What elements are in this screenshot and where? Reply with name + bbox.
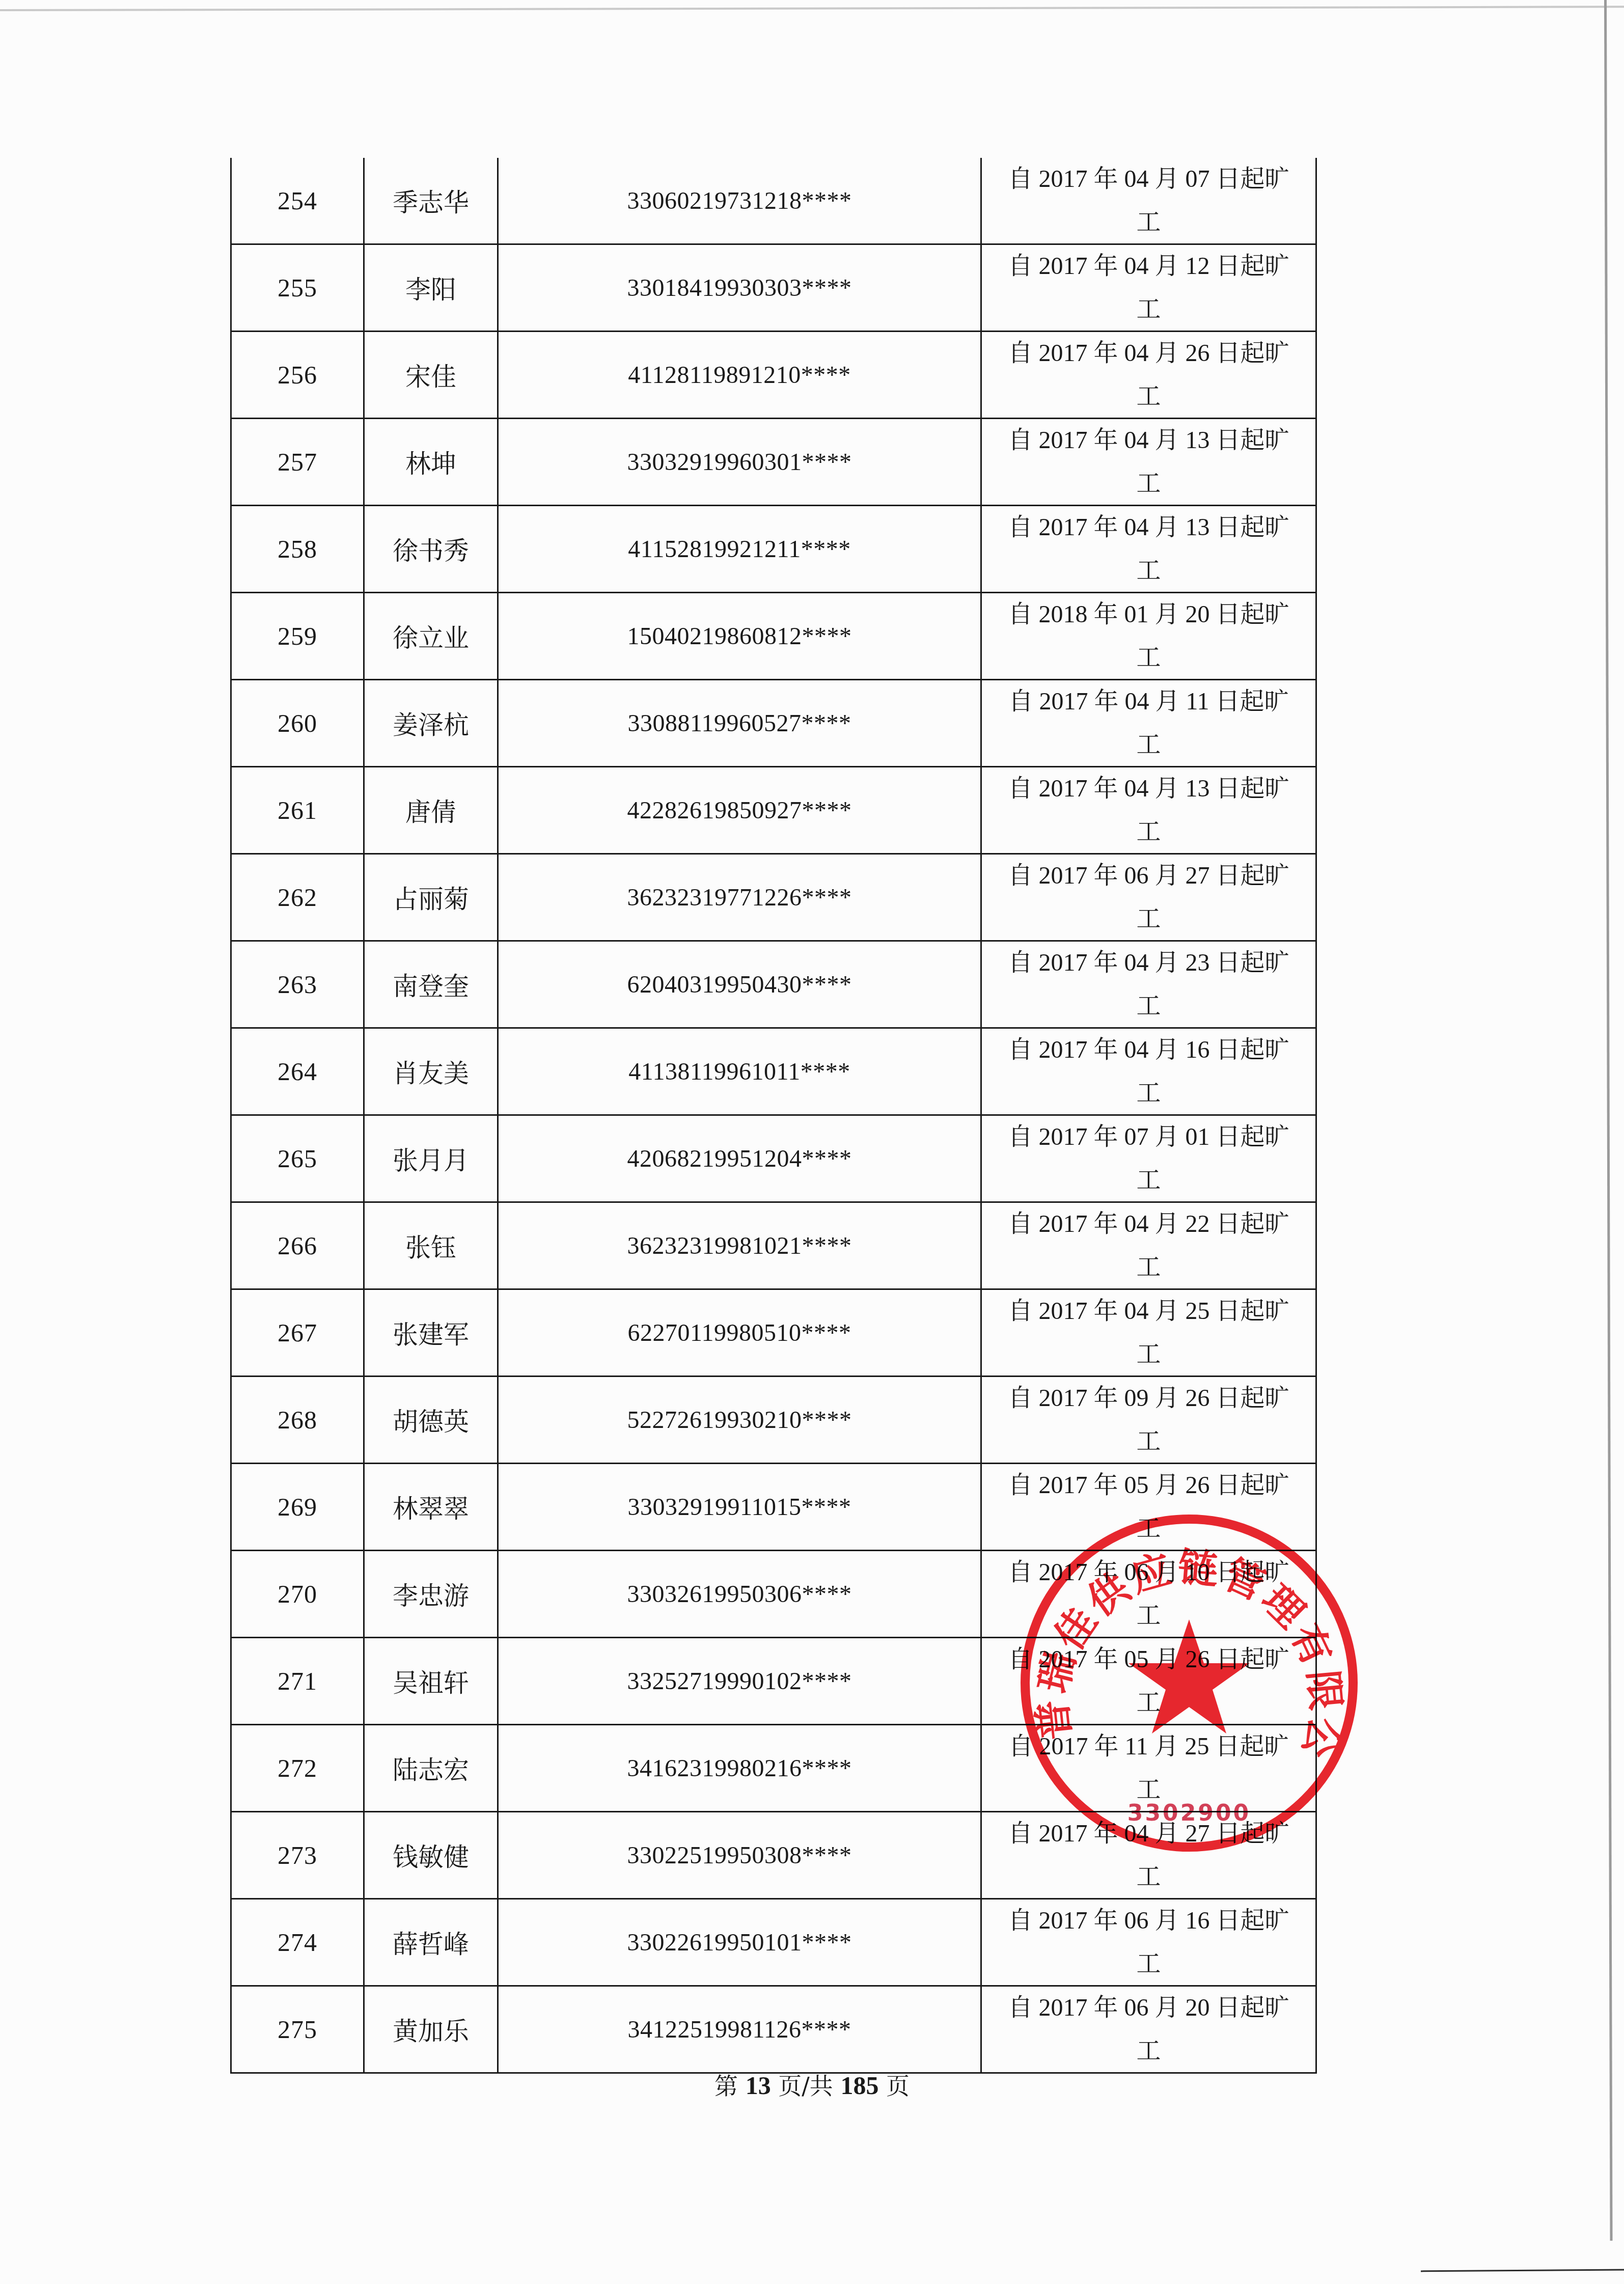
employee-name: 张建军 — [364, 1289, 498, 1377]
row-number: 274 — [231, 1899, 364, 1986]
id-number: 41128119891210**** — [498, 332, 981, 419]
table-row: 254 季志华 33060219731218**** 自 2017 年 04 月… — [231, 158, 1316, 244]
employee-name: 黄加乐 — [364, 1986, 498, 2073]
employee-name: 林翠翠 — [364, 1464, 498, 1551]
absence-start-line1: 自 2017 年 04 月 13 日起旷 — [982, 767, 1315, 810]
absence-start-line2: 工 — [982, 810, 1315, 853]
absence-start-line2: 工 — [982, 462, 1315, 505]
absence-start-line2: 工 — [982, 1507, 1315, 1550]
employee-name: 李忠游 — [364, 1551, 498, 1638]
employee-name: 宋佳 — [364, 332, 498, 419]
id-number: 52272619930210**** — [498, 1377, 981, 1464]
page-footer-middle: 页/共 — [778, 2072, 833, 2100]
employee-name: 占丽菊 — [364, 854, 498, 941]
absence-start-line1: 自 2017 年 04 月 26 日起旷 — [982, 332, 1315, 375]
id-number: 33032919911015**** — [498, 1464, 981, 1551]
employee-name: 吴祖轩 — [364, 1638, 498, 1725]
table-row: 275 黄加乐 34122519981126**** 自 2017 年 06 月… — [231, 1986, 1316, 2073]
absence-start: 自 2017 年 04 月 07 日起旷 工 — [981, 158, 1316, 244]
absence-start: 自 2017 年 04 月 25 日起旷 工 — [981, 1289, 1316, 1377]
employee-name: 唐倩 — [364, 767, 498, 854]
id-number: 36232319981021**** — [498, 1202, 981, 1289]
employee-name: 南登奎 — [364, 941, 498, 1028]
table-row: 257 林坤 33032919960301**** 自 2017 年 04 月 … — [231, 419, 1316, 506]
absence-start: 自 2017 年 06 月 10 日起旷 工 — [981, 1551, 1316, 1638]
absence-table-body: 254 季志华 33060219731218**** 自 2017 年 04 月… — [231, 158, 1316, 2073]
row-number: 257 — [231, 419, 364, 506]
absence-start: 自 2017 年 04 月 23 日起旷 工 — [981, 941, 1316, 1028]
absence-start: 自 2017 年 05 月 26 日起旷 工 — [981, 1464, 1316, 1551]
absence-start-line1: 自 2017 年 04 月 22 日起旷 — [982, 1203, 1315, 1246]
table-row: 265 张月月 42068219951204**** 自 2017 年 07 月… — [231, 1115, 1316, 1202]
current-page-number: 13 — [746, 2071, 771, 2100]
absence-start: 自 2017 年 04 月 11 日起旷 工 — [981, 680, 1316, 767]
absence-start: 自 2017 年 07 月 01 日起旷 工 — [981, 1115, 1316, 1202]
id-number: 15040219860812**** — [498, 593, 981, 680]
absence-start: 自 2017 年 04 月 16 日起旷 工 — [981, 1028, 1316, 1115]
id-number: 36232319771226**** — [498, 854, 981, 941]
row-number: 267 — [231, 1289, 364, 1377]
id-number: 42282619850927**** — [498, 767, 981, 854]
table-row: 270 李忠游 33032619950306**** 自 2017 年 06 月… — [231, 1551, 1316, 1638]
row-number: 265 — [231, 1115, 364, 1202]
absence-start-line1: 自 2017 年 06 月 20 日起旷 — [982, 1987, 1315, 2029]
page-footer: 第 13 页/共 185 页 — [0, 2068, 1624, 2101]
id-number: 33060219731218**** — [498, 158, 981, 244]
page-footer-suffix: 页 — [886, 2072, 910, 2100]
id-number: 62040319950430**** — [498, 941, 981, 1028]
absence-start-line1: 自 2017 年 04 月 11 日起旷 — [982, 680, 1315, 723]
absence-start-line2: 工 — [982, 288, 1315, 331]
absence-start: 自 2017 年 04 月 26 日起旷 工 — [981, 332, 1316, 419]
table-row: 274 薛哲峰 33022619950101**** 自 2017 年 06 月… — [231, 1899, 1316, 1986]
absence-start-line2: 工 — [982, 1246, 1315, 1288]
table-row: 269 林翠翠 33032919911015**** 自 2017 年 05 月… — [231, 1464, 1316, 1551]
absence-start: 自 2017 年 06 月 20 日起旷 工 — [981, 1986, 1316, 2073]
row-number: 271 — [231, 1638, 364, 1725]
absence-start-line1: 自 2017 年 04 月 12 日起旷 — [982, 245, 1315, 288]
employee-name: 肖友美 — [364, 1028, 498, 1115]
absence-start: 自 2017 年 06 月 16 日起旷 工 — [981, 1899, 1316, 1986]
total-pages-number: 185 — [840, 2071, 878, 2100]
scan-edge-top — [0, 6, 1624, 11]
absence-start: 自 2017 年 04 月 22 日起旷 工 — [981, 1202, 1316, 1289]
absence-start-line2: 工 — [982, 549, 1315, 592]
employee-name: 钱敏健 — [364, 1812, 498, 1899]
absence-start: 自 2017 年 06 月 27 日起旷 工 — [981, 854, 1316, 941]
absence-start-line2: 工 — [982, 2029, 1315, 2072]
absence-start-line2: 工 — [982, 1594, 1315, 1637]
employee-name: 姜泽杭 — [364, 680, 498, 767]
absence-start-line1: 自 2018 年 01 月 20 日起旷 — [982, 593, 1315, 636]
row-number: 263 — [231, 941, 364, 1028]
absence-start-line1: 自 2017 年 11 月 25 日起旷 — [982, 1725, 1315, 1768]
absence-start-line2: 工 — [982, 897, 1315, 940]
absence-table: 254 季志华 33060219731218**** 自 2017 年 04 月… — [230, 158, 1317, 2074]
id-number: 33252719990102**** — [498, 1638, 981, 1725]
absence-start: 自 2017 年 04 月 13 日起旷 工 — [981, 767, 1316, 854]
absence-start: 自 2017 年 11 月 25 日起旷 工 — [981, 1725, 1316, 1812]
page-footer-prefix: 第 — [714, 2072, 738, 2100]
employee-name: 张钰 — [364, 1202, 498, 1289]
employee-name: 张月月 — [364, 1115, 498, 1202]
row-number: 275 — [231, 1986, 364, 2073]
absence-start-line2: 工 — [982, 636, 1315, 679]
absence-start-line1: 自 2017 年 05 月 26 日起旷 — [982, 1464, 1315, 1507]
row-number: 273 — [231, 1812, 364, 1899]
employee-name: 薛哲峰 — [364, 1899, 498, 1986]
table-row: 266 张钰 36232319981021**** 自 2017 年 04 月 … — [231, 1202, 1316, 1289]
absence-start: 自 2017 年 04 月 12 日起旷 工 — [981, 244, 1316, 332]
table-row: 271 吴祖轩 33252719990102**** 自 2017 年 05 月… — [231, 1638, 1316, 1725]
table-row: 259 徐立业 15040219860812**** 自 2018 年 01 月… — [231, 593, 1316, 680]
absence-start-line2: 工 — [982, 1159, 1315, 1201]
employee-name: 徐立业 — [364, 593, 498, 680]
employee-name: 胡德英 — [364, 1377, 498, 1464]
row-number: 260 — [231, 680, 364, 767]
absence-start-line2: 工 — [982, 1333, 1315, 1375]
employee-name: 林坤 — [364, 419, 498, 506]
absence-start-line1: 自 2017 年 04 月 13 日起旷 — [982, 506, 1315, 549]
id-number: 34162319980216**** — [498, 1725, 981, 1812]
absence-start-line1: 自 2017 年 04 月 27 日起旷 — [982, 1812, 1315, 1855]
table-row: 264 肖友美 41138119961011**** 自 2017 年 04 月… — [231, 1028, 1316, 1115]
table-row: 272 陆志宏 34162319980216**** 自 2017 年 11 月… — [231, 1725, 1316, 1812]
table-row: 256 宋佳 41128119891210**** 自 2017 年 04 月 … — [231, 332, 1316, 419]
absence-start-line1: 自 2017 年 09 月 26 日起旷 — [982, 1377, 1315, 1420]
row-number: 261 — [231, 767, 364, 854]
row-number: 258 — [231, 506, 364, 593]
absence-start-line1: 自 2017 年 05 月 26 日起旷 — [982, 1638, 1315, 1681]
id-number: 33022519950308**** — [498, 1812, 981, 1899]
row-number: 255 — [231, 244, 364, 332]
employee-name: 季志华 — [364, 158, 498, 244]
absence-start-line1: 自 2017 年 06 月 27 日起旷 — [982, 855, 1315, 897]
absence-start-line1: 自 2017 年 04 月 25 日起旷 — [982, 1290, 1315, 1333]
absence-start: 自 2017 年 04 月 27 日起旷 工 — [981, 1812, 1316, 1899]
absence-start: 自 2017 年 09 月 26 日起旷 工 — [981, 1377, 1316, 1464]
absence-start-line1: 自 2017 年 04 月 23 日起旷 — [982, 942, 1315, 984]
id-number: 41152819921211**** — [498, 506, 981, 593]
absence-start-line2: 工 — [982, 984, 1315, 1027]
absence-start-line1: 自 2017 年 06 月 16 日起旷 — [982, 1900, 1315, 1942]
absence-start: 自 2017 年 04 月 13 日起旷 工 — [981, 419, 1316, 506]
row-number: 256 — [231, 332, 364, 419]
id-number: 41138119961011**** — [498, 1028, 981, 1115]
id-number: 34122519981126**** — [498, 1986, 981, 2073]
row-number: 264 — [231, 1028, 364, 1115]
absence-start-line1: 自 2017 年 04 月 07 日起旷 — [982, 158, 1315, 201]
id-number: 62270119980510**** — [498, 1289, 981, 1377]
absence-start: 自 2018 年 01 月 20 日起旷 工 — [981, 593, 1316, 680]
id-number: 33018419930303**** — [498, 244, 981, 332]
row-number: 259 — [231, 593, 364, 680]
absence-start-line2: 工 — [982, 1942, 1315, 1985]
absence-start-line2: 工 — [982, 1420, 1315, 1463]
table-row: 268 胡德英 52272619930210**** 自 2017 年 09 月… — [231, 1377, 1316, 1464]
absence-start-line2: 工 — [982, 1681, 1315, 1724]
employee-name: 李阳 — [364, 244, 498, 332]
table-row: 261 唐倩 42282619850927**** 自 2017 年 04 月 … — [231, 767, 1316, 854]
absence-start-line2: 工 — [982, 375, 1315, 418]
id-number: 33032619950306**** — [498, 1551, 981, 1638]
absence-start-line2: 工 — [982, 723, 1315, 766]
absence-start-line1: 自 2017 年 06 月 10 日起旷 — [982, 1551, 1315, 1594]
absence-start-line1: 自 2017 年 04 月 13 日起旷 — [982, 419, 1315, 462]
table-row: 263 南登奎 62040319950430**** 自 2017 年 04 月… — [231, 941, 1316, 1028]
id-number: 33032919960301**** — [498, 419, 981, 506]
row-number: 254 — [231, 158, 364, 244]
row-number: 269 — [231, 1464, 364, 1551]
id-number: 33022619950101**** — [498, 1899, 981, 1986]
row-number: 272 — [231, 1725, 364, 1812]
row-number: 270 — [231, 1551, 364, 1638]
employee-name: 陆志宏 — [364, 1725, 498, 1812]
absence-start-line1: 自 2017 年 04 月 16 日起旷 — [982, 1029, 1315, 1071]
table-row: 260 姜泽杭 33088119960527**** 自 2017 年 04 月… — [231, 680, 1316, 767]
absence-start: 自 2017 年 05 月 26 日起旷 工 — [981, 1638, 1316, 1725]
scan-edge-bottom — [1421, 2269, 1624, 2272]
absence-start-line2: 工 — [982, 1071, 1315, 1114]
row-number: 262 — [231, 854, 364, 941]
scan-edge-right — [1604, 0, 1613, 2241]
employee-name: 徐书秀 — [364, 506, 498, 593]
table-row: 267 张建军 62270119980510**** 自 2017 年 04 月… — [231, 1289, 1316, 1377]
id-number: 33088119960527**** — [498, 680, 981, 767]
row-number: 268 — [231, 1377, 364, 1464]
table-row: 258 徐书秀 41152819921211**** 自 2017 年 04 月… — [231, 506, 1316, 593]
absence-start-line2: 工 — [982, 201, 1315, 243]
absence-start-line2: 工 — [982, 1768, 1315, 1811]
absence-start-line2: 工 — [982, 1855, 1315, 1898]
table-row: 273 钱敏健 33022519950308**** 自 2017 年 04 月… — [231, 1812, 1316, 1899]
absence-start-line1: 自 2017 年 07 月 01 日起旷 — [982, 1116, 1315, 1159]
absence-start: 自 2017 年 04 月 13 日起旷 工 — [981, 506, 1316, 593]
table-row: 262 占丽菊 36232319771226**** 自 2017 年 06 月… — [231, 854, 1316, 941]
table-row: 255 李阳 33018419930303**** 自 2017 年 04 月 … — [231, 244, 1316, 332]
id-number: 42068219951204**** — [498, 1115, 981, 1202]
row-number: 266 — [231, 1202, 364, 1289]
